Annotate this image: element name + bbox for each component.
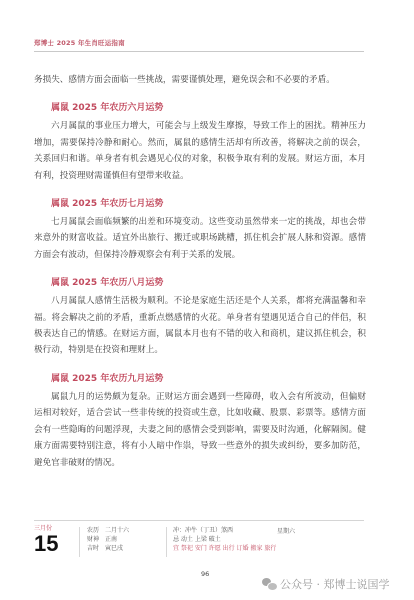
running-header: 郑博士 2025 年生肖旺运指南 [34,38,364,52]
section-body: 属鼠九月的运势颇为复杂。正财运方面会遇到一些障碍，收入会有所波动，但偏财运相对较… [34,389,366,471]
calendar-almanac: 冲：冲牛（丁丑）煞西 忌 动土 上梁 破土 宜 祭祀 安门 许愿 出行 订婚 搬… [173,526,276,553]
auspicious-hour-value: 寅巳戌 [105,545,123,552]
section-title: 属鼠 2025 年农历六月运势 [34,101,366,116]
calendar-day: 15 [34,533,74,555]
suitable-text: 宜 祭祀 安门 许愿 出行 订婚 搬家 旅行 [173,544,276,553]
wealth-god-value: 正南 [105,536,117,543]
clash-text: 冲：冲牛（丁丑）煞西 [173,526,276,535]
avoid-text: 忌 动土 上梁 破土 [173,535,276,544]
footer-divider [34,520,364,521]
calendar-lunar-info: 农历二月十六 财神正南 吉时寅巳戌 [87,526,129,553]
section-title: 属鼠 2025 年农历九月运势 [34,372,366,387]
section-june: 属鼠 2025 年农历六月运势 六月属鼠的事业压力增大，可能会与上级发生摩擦，导… [34,101,366,184]
section-title: 属鼠 2025 年农历七月运势 [34,197,366,212]
section-body: 八月属鼠人感情生活极为顺利。不论是家庭生活还是个人关系，都将充满温馨和幸福。将会… [34,293,366,359]
calendar-strip: 三月份 15 农历二月十六 财神正南 吉时寅巳戌 冲：冲牛（丁丑）煞西 忌 动土… [34,525,364,557]
section-body: 六月属鼠的事业压力增大，可能会与上级发生摩擦，导致工作上的困扰。精神压力增加，需… [34,118,366,184]
section-september: 属鼠 2025 年农历九月运势 属鼠九月的运势颇为复杂。正财运方面会遇到一些障碍… [34,372,366,471]
lunar-value: 二月十六 [105,527,129,534]
weekday: 星期六 [277,526,295,535]
wealth-god-label: 财神 [87,535,99,544]
page-content: 务损失、感情方面会面临一些挑战，需要谨慎处理，避免误会和不必要的矛盾。 属鼠 2… [34,72,366,471]
wechat-icon [262,578,276,590]
section-july: 属鼠 2025 年农历七月运势 七月属鼠会面临频繁的出差和环境变动。这些变动虽然… [34,197,366,263]
auspicious-hour-label: 吉时 [87,544,99,553]
calendar-divider [79,527,80,557]
watermark: 公众号 · 郑博士说国学 [262,576,390,592]
intro-paragraph: 务损失、感情方面会面临一些挑战，需要谨慎处理，避免误会和不必要的矛盾。 [34,72,366,88]
page-number: 96 [201,570,209,578]
section-august: 属鼠 2025 年农历八月运势 八月属鼠人感情生活极为顺利。不论是家庭生活还是个… [34,276,366,359]
section-body: 七月属鼠会面临频繁的出差和环境变动。这些变动虽然带来一定的挑战，却也会带来意外的… [34,214,366,263]
lunar-label: 农历 [87,526,99,535]
section-title: 属鼠 2025 年农历八月运势 [34,276,366,291]
calendar-divider [166,527,167,557]
calendar-date: 三月份 15 [34,525,74,555]
watermark-text: 公众号 · 郑博士说国学 [280,576,390,592]
